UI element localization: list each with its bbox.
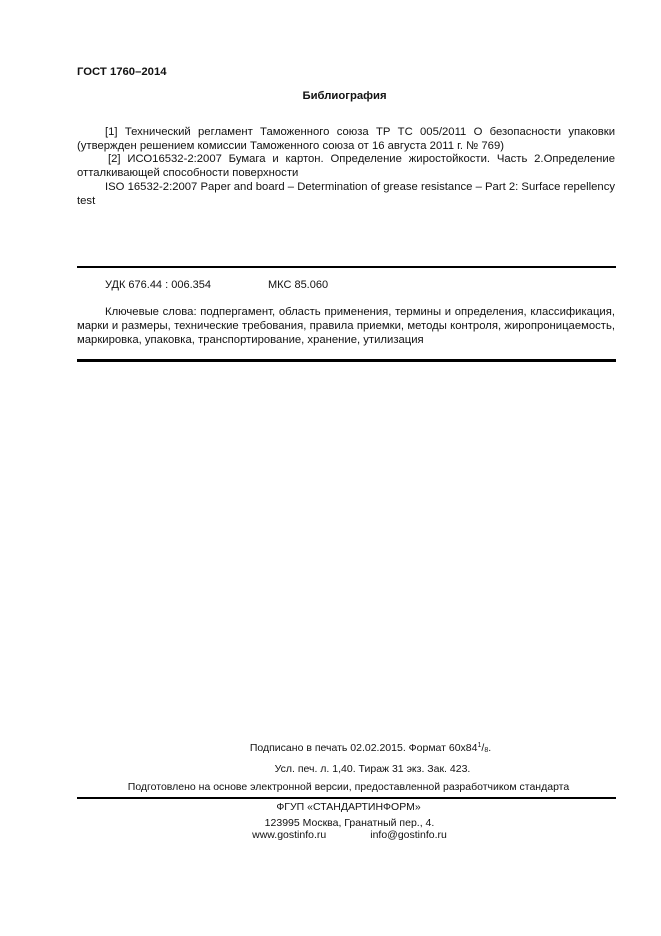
bibliography-title: Библиография (0, 90, 661, 102)
imprint-address: 123995 Москва, Гранатный пер., 4. (0, 817, 661, 829)
mks-code: МКС 85.060 (268, 279, 328, 291)
format-fraction-numerator: 1 (477, 742, 481, 749)
standard-code: ГОСТ 1760–2014 (77, 66, 167, 78)
bibliography-entry-1: [1] Технический регламент Таможенного со… (77, 126, 615, 153)
website-link[interactable]: www.gostinfo.ru (252, 829, 326, 841)
email-link[interactable]: info@gostinfo.ru (370, 829, 447, 841)
divider-bottom (77, 359, 616, 362)
keywords-block: Ключевые слова: подпергамент, область пр… (77, 305, 615, 347)
imprint-print-info: Усл. печ. л. 1,40. Тираж 31 экз. Зак. 42… (0, 763, 661, 775)
divider-top (77, 266, 616, 268)
imprint-prepared: Подготовлено на основе электронной верси… (0, 781, 661, 793)
bibliography-entry-2: [2] ИСО16532-2:2007 Бумага и картон. Опр… (77, 153, 615, 180)
imprint-contacts: www.gostinfo.ruinfo@gostinfo.ru (0, 829, 661, 841)
imprint-signed: Подписано в печать 02.02.2015. Формат 60… (0, 742, 661, 754)
keywords-text: Ключевые слова: подпергамент, область пр… (77, 305, 615, 347)
imprint-publisher: ФГУП «СТАНДАРТИНФОРМ» (0, 801, 661, 813)
imprint-signed-text: Подписано в печать 02.02.2015. Формат 60… (250, 742, 478, 754)
imprint-signed-suffix: . (488, 742, 491, 754)
divider-imprint (77, 797, 616, 799)
bibliography-list: [1] Технический регламент Таможенного со… (77, 126, 615, 208)
udc-code: УДК 676.44 : 006.354 (105, 279, 211, 291)
bibliography-entry-3: ISO 16532-2:2007 Paper and board – Deter… (77, 181, 615, 208)
